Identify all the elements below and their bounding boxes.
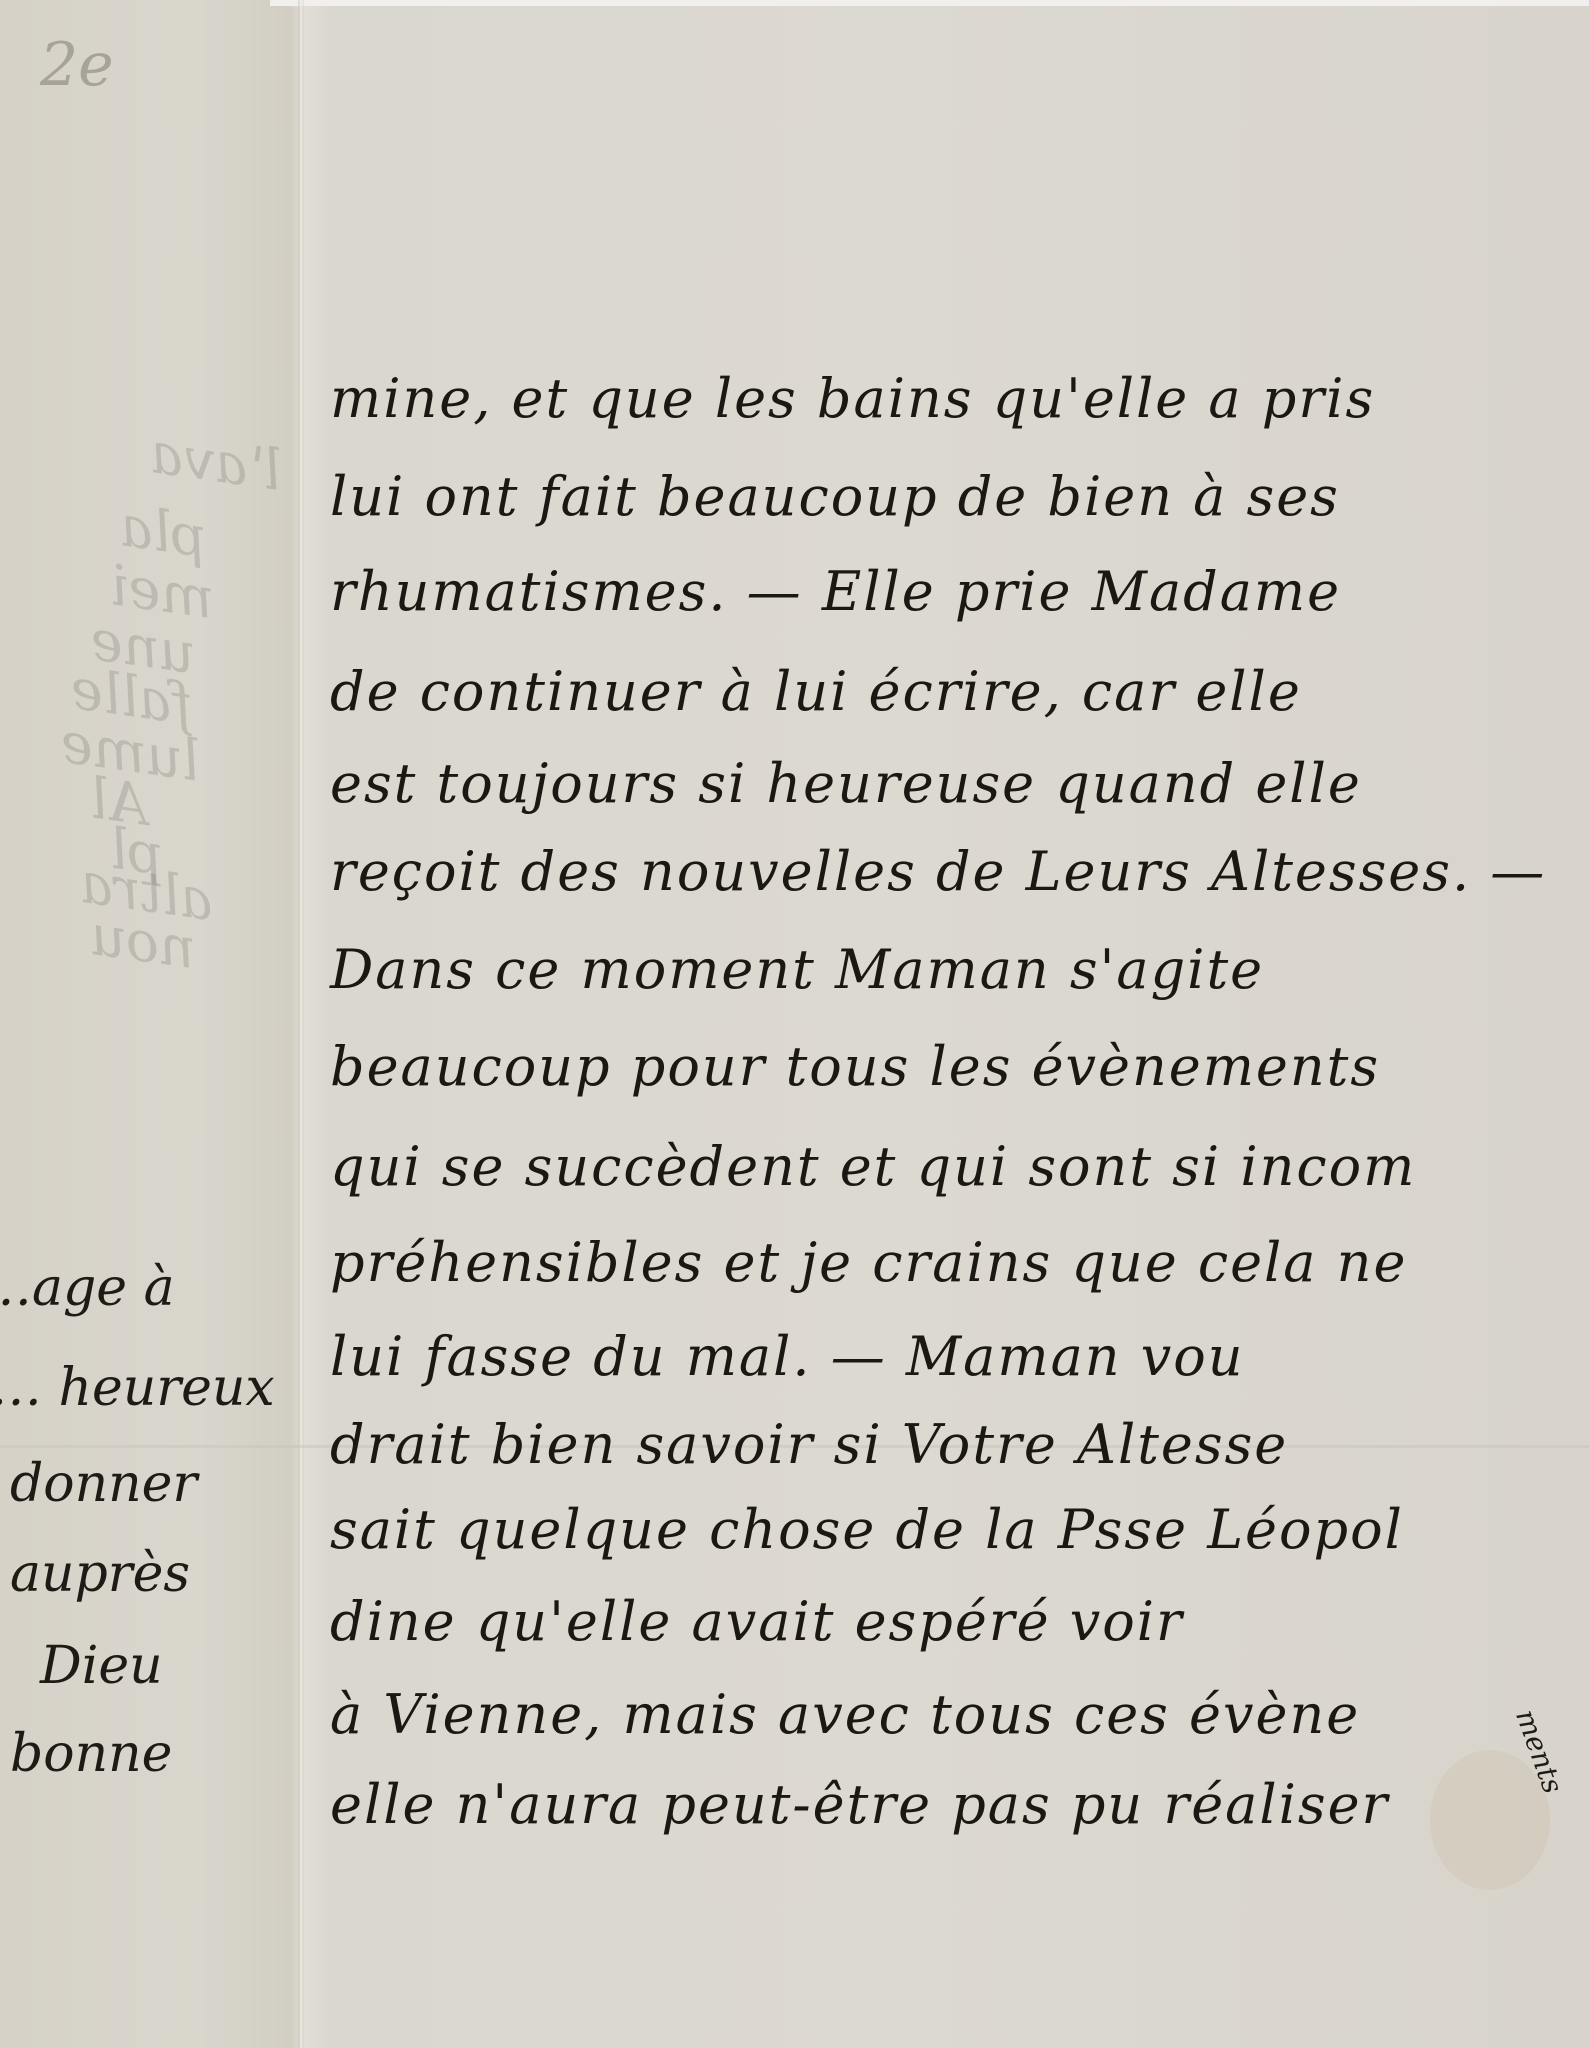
letter-line: qui se succèdent et qui sont si incom xyxy=(330,1140,1560,1194)
page-fold xyxy=(298,0,304,2048)
letter-line: mine, et que les bains qu'elle a pris xyxy=(330,372,1560,426)
letter-line: de continuer à lui écrire, car elle xyxy=(330,665,1560,719)
corner-mark: 2e xyxy=(40,30,114,100)
background-edge xyxy=(270,0,1589,6)
left-fragment: bonne xyxy=(10,1728,172,1780)
letter-line: sait quelque chose de la Psse Léopol xyxy=(330,1503,1560,1557)
letter-line: elle n'aura peut-être pas pu réaliser xyxy=(330,1778,1560,1832)
letter-line: lui ont fait beaucoup de bien à ses xyxy=(330,470,1560,524)
left-fragment: …age à xyxy=(0,1262,175,1314)
letter-line: rhumatismes. — Elle prie Madame xyxy=(330,565,1560,619)
letter-line: reçoit des nouvelles de Leurs Altesses. … xyxy=(330,845,1560,899)
left-fragment: Dieu xyxy=(40,1640,163,1692)
letter-line: beaucoup pour tous les évènements xyxy=(330,1040,1560,1094)
letter-line: dine qu'elle avait espéré voir xyxy=(330,1595,1560,1649)
left-fragment: donner xyxy=(10,1458,197,1510)
letter-line: Dans ce moment Maman s'agite xyxy=(330,943,1560,997)
left-fragment: auprès xyxy=(10,1548,190,1600)
letter-line: est toujours si heureuse quand elle xyxy=(330,757,1560,811)
left-fragment: … heureux xyxy=(0,1362,275,1414)
letter-line: à Vienne, mais avec tous ces évène xyxy=(330,1688,1560,1742)
letter-line: préhensibles et je crains que cela ne xyxy=(330,1236,1560,1290)
letter-line: lui fasse du mal. — Maman vou xyxy=(330,1330,1560,1384)
letter-line: drait bien savoir si Votre Altesse xyxy=(330,1418,1560,1472)
